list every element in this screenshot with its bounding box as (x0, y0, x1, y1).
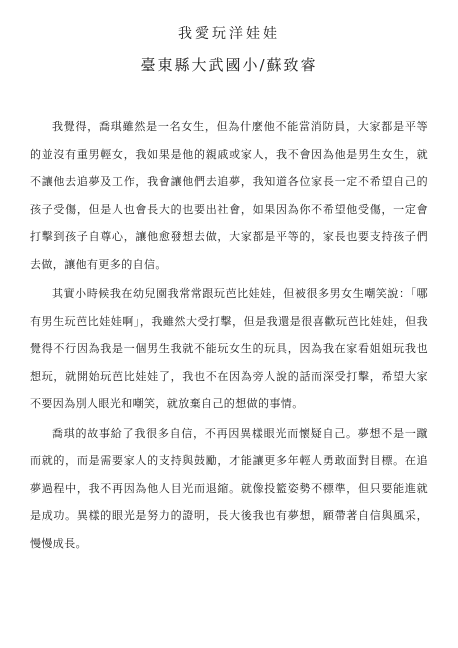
essay-body: 我覺得，喬琪雖然是一名女生，但為什麼他不能當消防員，大家都是平等的並沒有重男輕女… (30, 113, 428, 557)
essay-byline: 臺東縣大武國小/蘇致睿 (30, 55, 428, 75)
essay-paragraph-1: 我覺得，喬琪雖然是一名女生，但為什麼他不能當消防員，大家都是平等的並沒有重男輕女… (30, 113, 428, 278)
essay-paragraph-2: 其實小時候我在幼兒園我常常跟玩芭比娃娃，但被很多男女生嘲笑說：「哪有男生玩芭比娃… (30, 280, 428, 418)
document-page: 我愛玩洋娃娃 臺東縣大武國小/蘇致睿 我覺得，喬琪雖然是一名女生，但為什麼他不能… (0, 0, 458, 648)
essay-paragraph-3: 喬琪的故事給了我很多自信，不再因異樣眼光而懷疑自己。夢想不是一蹴而就的，而是需要… (30, 420, 428, 558)
essay-title: 我愛玩洋娃娃 (30, 24, 428, 44)
